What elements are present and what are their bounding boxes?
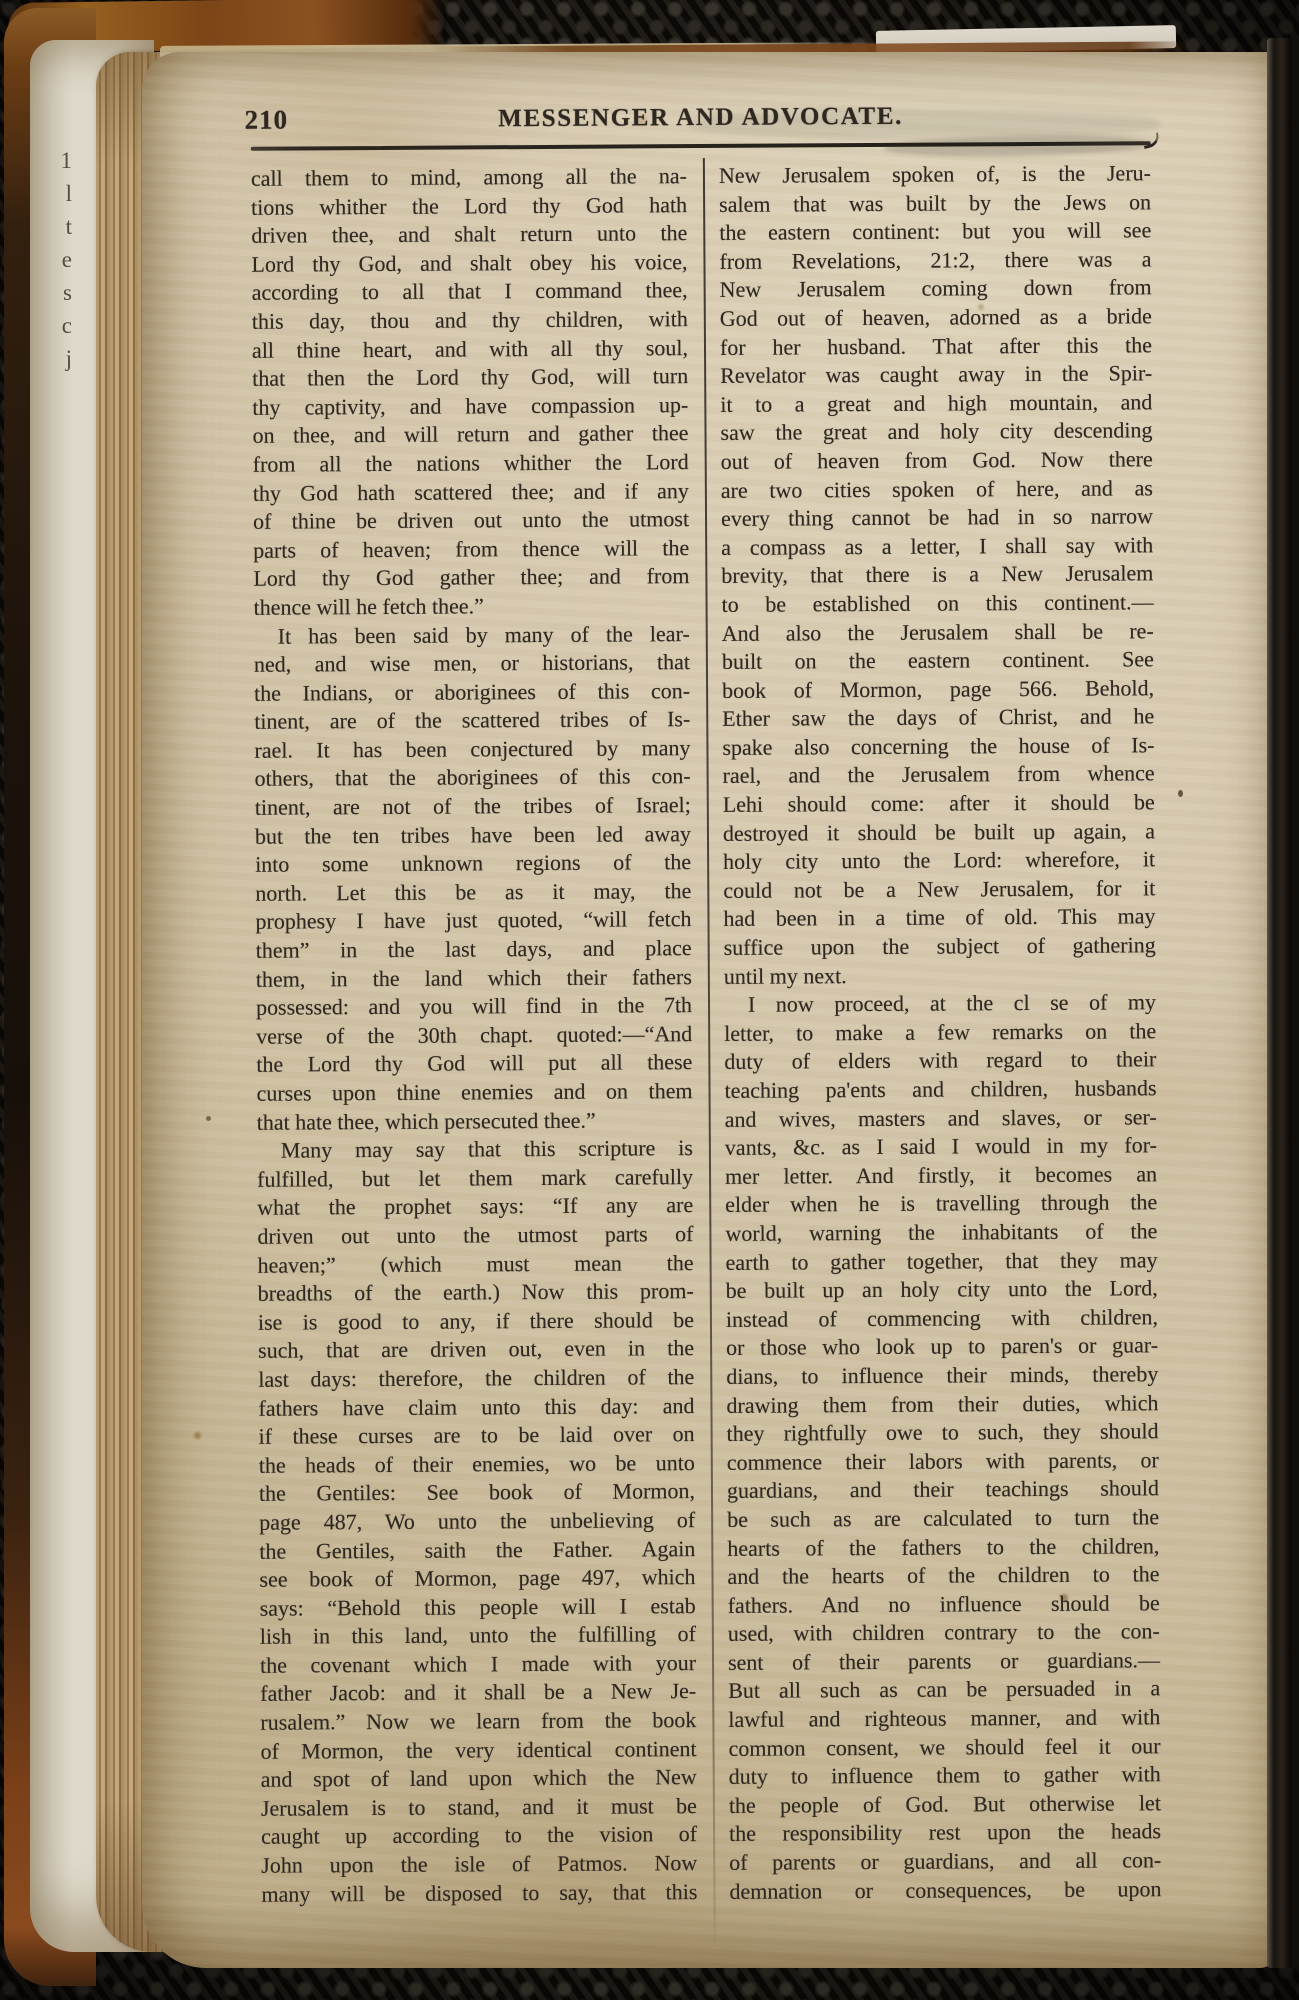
text-line: used, with children contrary to the con- [728, 1618, 1160, 1649]
text-line: thy God hath scattered thee; and if any [253, 477, 689, 508]
text-line: a compass as a letter, I shall say with [721, 531, 1153, 562]
foxing-spot [194, 1432, 201, 1439]
header-rule [251, 141, 1151, 150]
text-line: caught up according to the vision of [261, 1821, 697, 1852]
text-line: if these curses are to be laid over on [259, 1420, 695, 1451]
clipped-letter: 1 [44, 144, 72, 177]
publication-title: MESSENGER AND ADVOCATE. [498, 103, 903, 133]
text-line: vants, &c. as I said I would in my for- [725, 1131, 1157, 1162]
text-line: of thine be driven out unto the utmost [253, 505, 689, 536]
text-line: parts of heaven; from thence will the [253, 534, 689, 565]
text-line: be built up an holy city unto the Lord, [726, 1274, 1158, 1305]
text-line: duty to influence them to gather with [729, 1760, 1161, 1791]
text-line: Lord thy God gather thee; and from [253, 562, 689, 593]
two-column-body: call them to mind, among all the na-tion… [251, 159, 1162, 1909]
text-line: the heads of their enemies, wo be unto [259, 1449, 695, 1480]
text-line: suffice upon the subject of gathering [724, 931, 1156, 962]
text-line: But all such as can be persuaded in a [728, 1675, 1160, 1706]
text-line: according to all that I command thee, [252, 276, 688, 307]
text-line: thy captivity, and have compassion up- [252, 391, 688, 422]
text-line: for her husband. That after this the [720, 331, 1152, 362]
text-line: Revelator was caught away in the Spir- [720, 359, 1152, 390]
text-line: letter, to make a few remarks on the [724, 1017, 1156, 1048]
clipped-letter: j [44, 342, 72, 375]
text-line: saw the great and holy city descending [720, 417, 1152, 448]
text-line: or those who look up to paren's or guar- [726, 1332, 1158, 1363]
text-line: had been in a time of old. This may [723, 903, 1155, 934]
clipped-letter: c [44, 309, 72, 342]
text-line: driven out unto the utmost parts of [257, 1220, 693, 1251]
text-line: such, that are driven out, even in the [258, 1334, 694, 1365]
text-line: north. Let this be as it may, the [255, 877, 691, 908]
text-line: and wives, masters and slaves, or ser- [725, 1103, 1157, 1134]
text-line: many will be disposed to say, that this [261, 1878, 697, 1909]
text-line: It has been said by many of the lear- [254, 620, 690, 651]
clipped-margin-letters: 1ltescj [44, 144, 72, 375]
text-line: every thing cannot be had in so narrow [721, 502, 1153, 533]
text-line: the Lord thy God will put all these [256, 1048, 692, 1079]
text-line: until my next. [724, 960, 1156, 991]
text-line: Jerusalem is to stand, and it must be [261, 1792, 697, 1823]
text-line: lawful and righteous manner, and with [728, 1703, 1160, 1734]
text-line: rusalem.” Now we learn from the book [260, 1706, 696, 1737]
text-line: into some unknown regions of the [255, 848, 691, 879]
text-line: dians, to influence their minds, thereby [726, 1360, 1158, 1391]
text-line: but the ten tribes have been led away [255, 820, 691, 851]
text-line: hearts of the fathers to the children, [727, 1532, 1159, 1563]
text-line: possessed: and you will find in the 7th [256, 991, 692, 1022]
text-line: holy city unto the Lord: wherefore, it [723, 846, 1155, 877]
text-line: the eastern continent: but you will see [719, 216, 1151, 247]
text-line: this day, thou and thy children, with [252, 305, 688, 336]
text-line: driven thee, and shalt return unto the [251, 219, 687, 250]
text-line: others, that the aboriginees of this con… [255, 763, 691, 794]
text-line: New Jerusalem spoken of, is the Jeru- [719, 159, 1151, 190]
text-line: the people of God. But otherwise let [729, 1789, 1161, 1820]
text-line: spake also concerning the house of Is- [722, 731, 1154, 762]
text-line: out of heaven from God. Now there [721, 445, 1153, 476]
text-line: the Gentiles: See book of Mormon, [259, 1477, 695, 1508]
text-line: rael. It has been conjectured by many [254, 734, 690, 765]
text-line: commence their labors with parents, or [727, 1446, 1159, 1477]
book-page: 210 MESSENGER AND ADVOCATE. call them to… [142, 52, 1276, 1968]
text-line: that then the Lord thy God, will turn [252, 362, 688, 393]
text-line: John upon the isle of Patmos. Now [261, 1849, 697, 1880]
text-line: and spot of land upon which the New [261, 1763, 697, 1794]
ink-speck [1178, 790, 1183, 797]
text-line: from all the nations whither the Lord [253, 448, 689, 479]
text-line: heaven;” (which must mean the [258, 1249, 694, 1280]
text-line: and the hearts of the children to the [727, 1560, 1159, 1591]
text-line: teaching pa'ents and children, husbands [724, 1074, 1156, 1105]
text-line: them, in the land which their fathers [256, 963, 692, 994]
text-line: the Indians, or aboriginees of this con- [254, 677, 690, 708]
text-line: world, warning the inhabitants of the [725, 1217, 1157, 1248]
text-line: call them to mind, among all the na- [251, 162, 687, 193]
text-line: common consent, we should feel it our [728, 1732, 1160, 1763]
clipped-letter: s [44, 276, 72, 309]
text-line: father Jacob: and it shall be a New Je- [260, 1678, 696, 1709]
printed-text-block: 210 MESSENGER AND ADVOCATE. call them to… [250, 97, 1161, 1909]
text-line: rael, and the Jerusalem from whence [723, 760, 1155, 791]
text-line: could not be a New Jerusalem, for it [723, 874, 1155, 905]
text-line: And also the Jerusalem shall be re- [722, 617, 1154, 648]
text-line: fathers have claim unto this day: and [258, 1392, 694, 1423]
text-line: them” in the last days, and place [256, 934, 692, 965]
text-line: brevity, that there is a New Jerusalem [721, 560, 1153, 591]
column-divider-rule [703, 158, 716, 1948]
text-line: fulfilled, but let them mark carefully [257, 1163, 693, 1194]
text-line: that hate thee, which persecuted thee.” [257, 1106, 693, 1137]
text-line: says: “Behold this people will I estab [260, 1592, 696, 1623]
left-column: call them to mind, among all the na-tion… [251, 162, 698, 1909]
text-line: verse of the 30th chapt. quoted:—“And [256, 1020, 692, 1051]
text-line: it to a great and high mountain, and [720, 388, 1152, 419]
right-column: New Jerusalem spoken of, is the Jeru-sal… [719, 159, 1162, 1906]
text-line: duty of elders with regard to their [724, 1046, 1156, 1077]
text-line: they rightfully owe to such, they should [727, 1417, 1159, 1448]
text-line: all thine heart, and with all thy soul, [252, 334, 688, 365]
text-line: book of Mormon, page 566. Behold, [722, 674, 1154, 705]
text-line: salem that was built by the Jews on [719, 188, 1151, 219]
text-line: the covenant which I made with your [260, 1649, 696, 1680]
page-number: 210 [245, 105, 289, 136]
text-line: the responsibility rest upon the heads [729, 1818, 1161, 1849]
text-line: mer letter. And firstly, it becomes an [725, 1160, 1157, 1191]
text-line: sent of their parents or guardians.— [728, 1646, 1160, 1677]
text-line: fathers. And no influence should be [728, 1589, 1160, 1620]
text-line: New Jerusalem coming down from [720, 274, 1152, 305]
text-line: Ether saw the days of Christ, and he [722, 703, 1154, 734]
running-header: 210 MESSENGER AND ADVOCATE. [250, 97, 1150, 140]
text-line: tinent, are of the scattered tribes of I… [254, 705, 690, 736]
clipped-letter: l [44, 177, 72, 210]
text-line: breadths of the earth.) Now this prom- [258, 1277, 694, 1308]
text-line: curses upon thine enemies and on them [256, 1077, 692, 1108]
text-line: ise is good to any, if there should be [258, 1306, 694, 1337]
text-line: lish in this land, unto the fulfilling o… [260, 1620, 696, 1651]
text-line: ned, and wise men, or historians, that [254, 648, 690, 679]
text-line: prophesy I have just quoted, “will fetch [255, 906, 691, 937]
text-line: the Gentiles, saith the Father. Again [259, 1535, 695, 1566]
text-line: guardians, and their teachings should [727, 1475, 1159, 1506]
text-line: Many may say that this scripture is [257, 1134, 693, 1165]
text-line: God out of heaven, adorned as a bride [720, 302, 1152, 333]
text-line: destroyed it should be built up again, a [723, 817, 1155, 848]
text-line: are two cities spoken of here, and as [721, 474, 1153, 505]
text-line: see book of Mormon, page 497, which [259, 1563, 695, 1594]
text-line: be such as are calculated to turn the [727, 1503, 1159, 1534]
text-line: from Revelations, 21:2, there was a [719, 245, 1151, 276]
text-line: earth to gather together, that they may [725, 1246, 1157, 1277]
text-line: I now proceed, at the cl se of my [724, 988, 1156, 1019]
text-line: to be established on this continent.— [721, 588, 1153, 619]
text-line: Lehi should come: after it should be [723, 788, 1155, 819]
ink-speck [206, 1116, 211, 1121]
text-line: drawing them from their duties, which [726, 1389, 1158, 1420]
text-line: thence will he fetch thee.” [253, 591, 689, 622]
text-line: of parents or guardians, and all con- [729, 1846, 1161, 1877]
rule-end-flourish [1141, 132, 1161, 149]
text-line: demnation or consequences, be upon [729, 1875, 1161, 1906]
text-line: on thee, and will return and gather thee [252, 419, 688, 450]
text-line: page 487, Wo unto the unbelieving of [259, 1506, 695, 1537]
clipped-letter: e [44, 243, 72, 276]
text-line: tinent, are not of the tribes of Israel; [255, 791, 691, 822]
text-line: tions whither the Lord thy God hath [251, 191, 687, 222]
text-line: of Mormon, the very identical continent [260, 1735, 696, 1766]
dark-board-right-edge [1267, 38, 1299, 1968]
clipped-letter: t [44, 210, 72, 243]
text-line: what the prophet says: “If any are [257, 1191, 693, 1222]
text-line: built on the eastern continent. See [722, 645, 1154, 676]
text-line: elder when he is travelling through the [725, 1189, 1157, 1220]
text-line: instead of commencing with children, [726, 1303, 1158, 1334]
text-line: Lord thy God, and shalt obey his voice, [251, 248, 687, 279]
book-photograph: 1ltescj 210 MESSENGER AND ADVOCATE. call… [0, 0, 1299, 2000]
text-line: last days: therefore, the children of th… [258, 1363, 694, 1394]
